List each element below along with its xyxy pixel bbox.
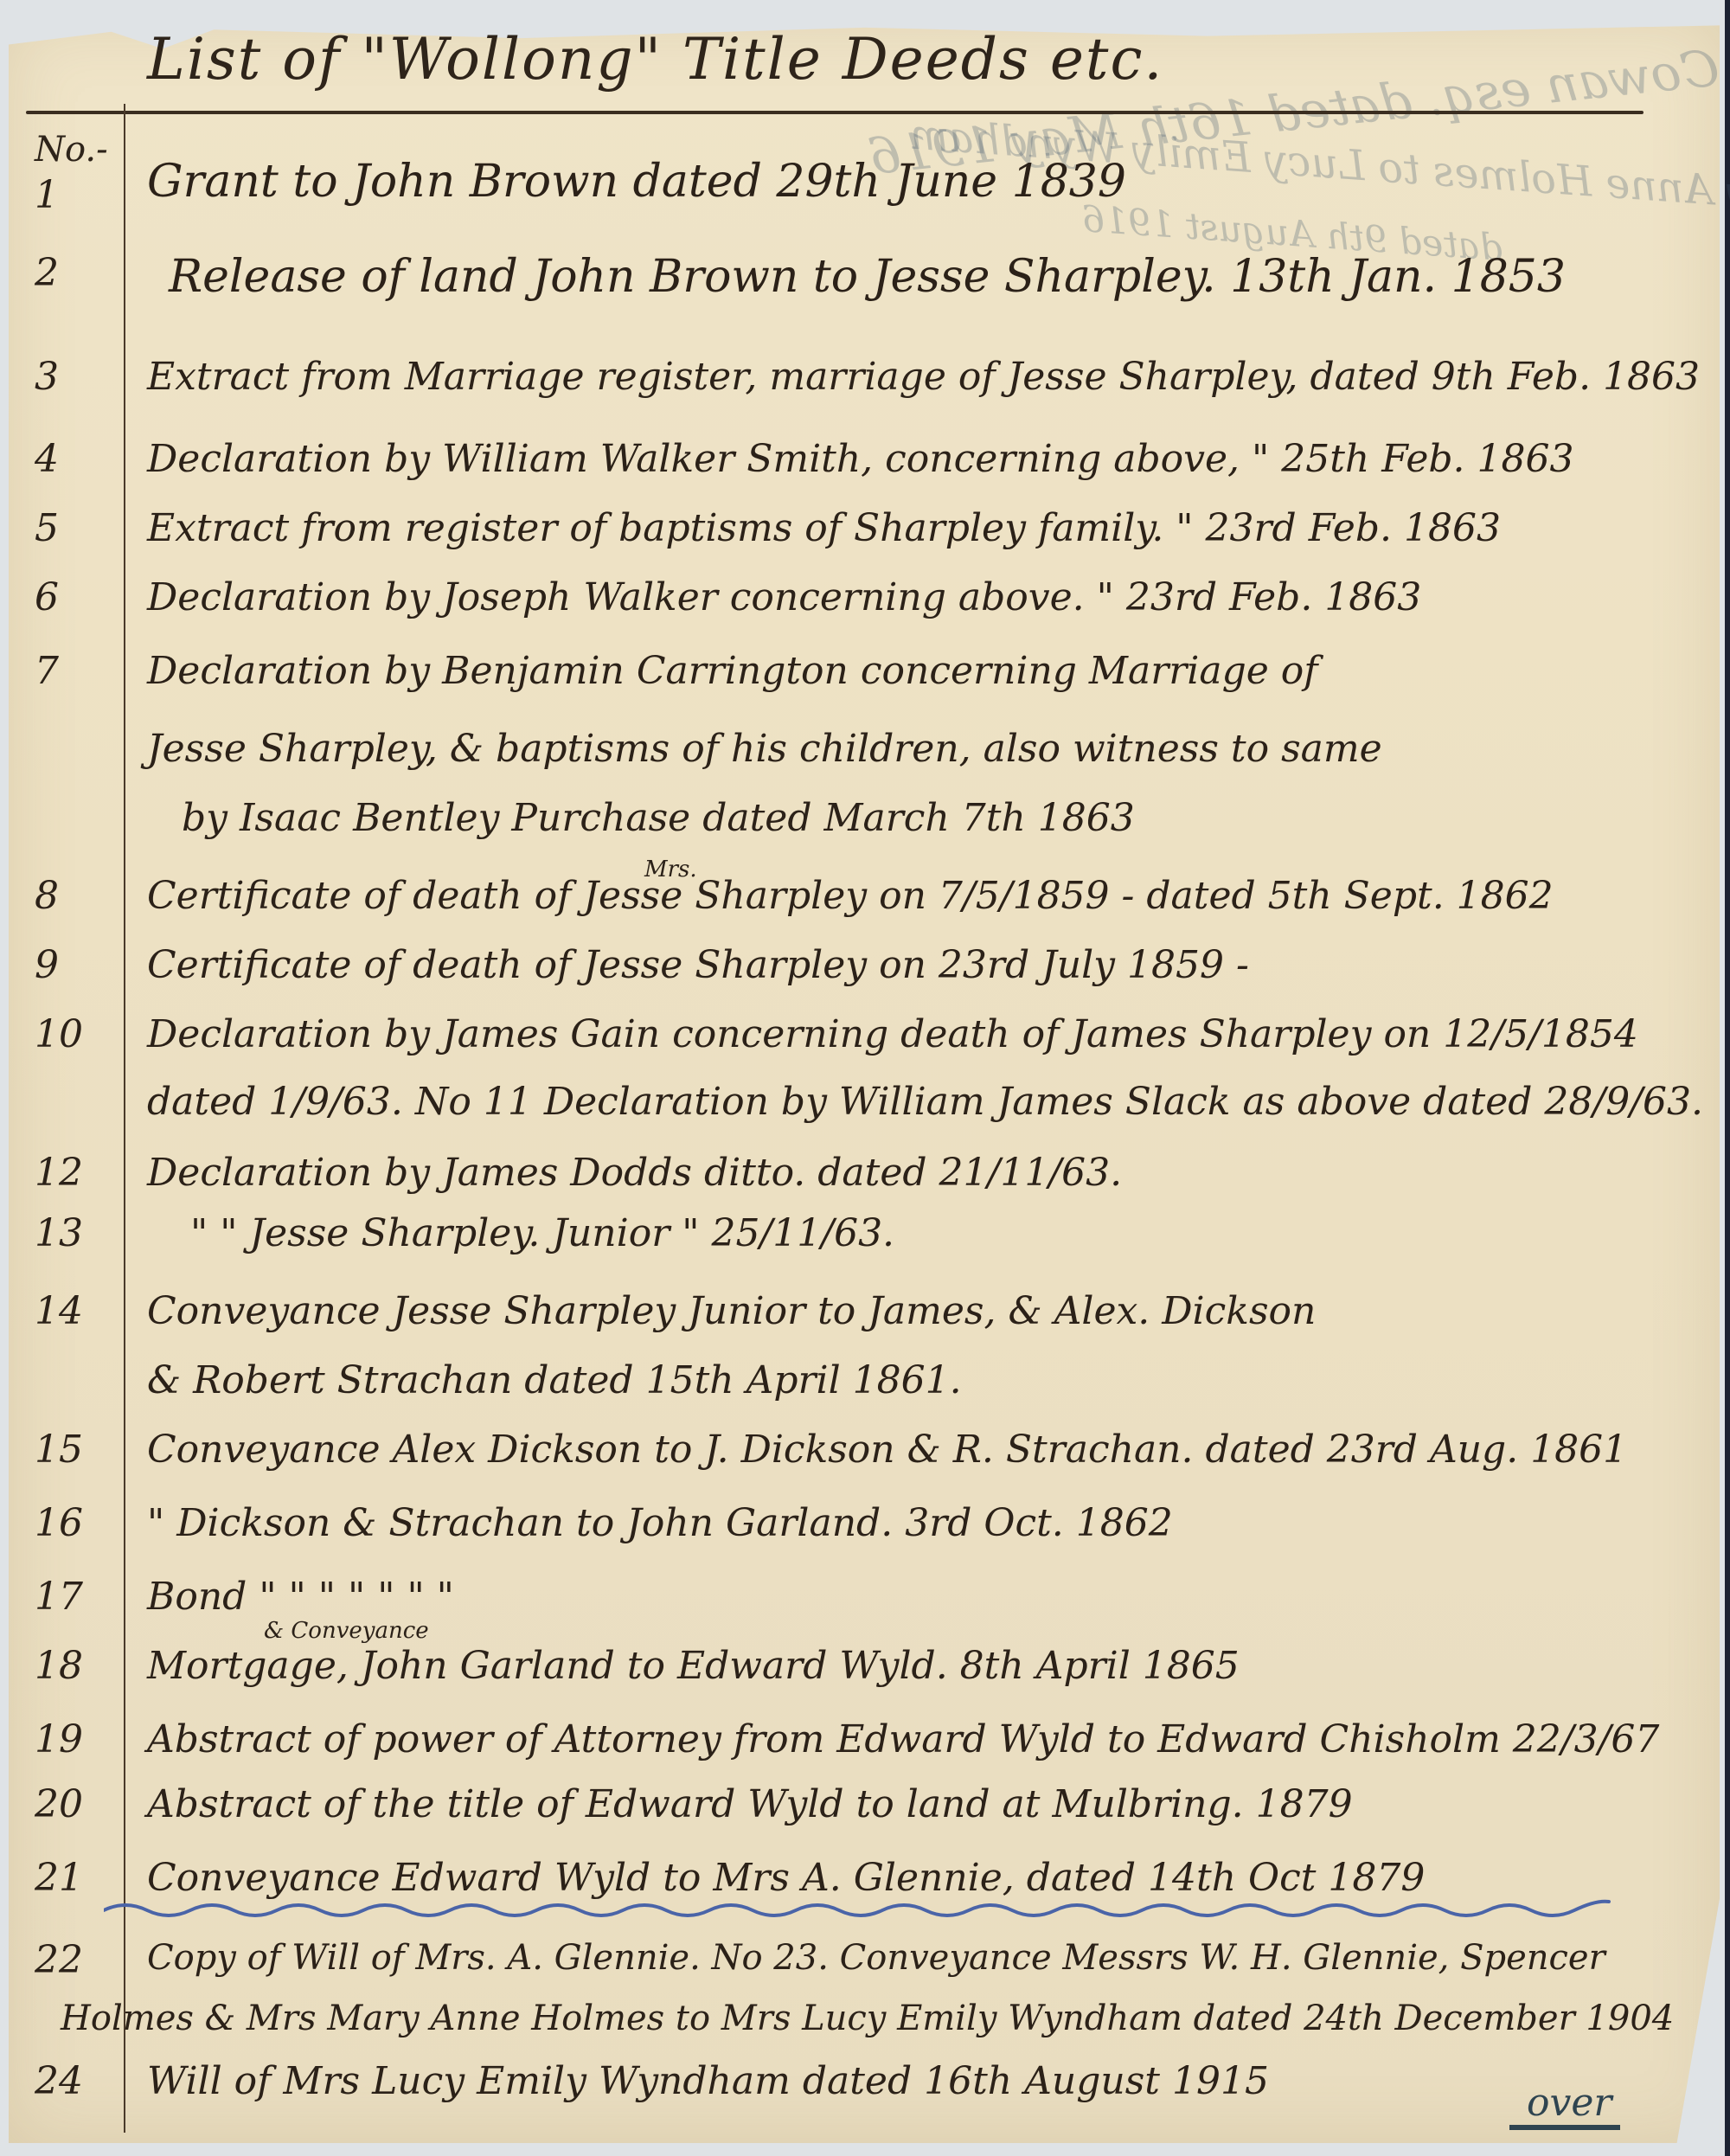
entry-number: 18 [35, 1644, 112, 1688]
entry-number: 24 [35, 2059, 112, 2103]
entry-text: Declaration by Joseph Walker concerning … [147, 575, 1421, 619]
entry-number: 7 [35, 649, 112, 693]
over-note: over [1509, 2081, 1620, 2130]
entry-text: Will of Mrs Lucy Emily Wyndham dated 16t… [147, 2059, 1269, 2103]
entry-text: Abstract of the title of Edward Wyld to … [147, 1782, 1353, 1826]
entry-text: Grant to John Brown dated 29th June 1839 [147, 156, 1126, 208]
entry-number: 20 [35, 1782, 112, 1826]
entry-number: 17 [35, 1575, 112, 1619]
entry-text: " Dickson & Strachan to John Garland. 3r… [147, 1501, 1173, 1545]
entry-text: Bond " " " " " " " [147, 1575, 454, 1619]
entry-number: 12 [35, 1151, 112, 1195]
entry-text: & Robert Strachan dated 15th April 1861. [147, 1358, 962, 1402]
entry-number: 21 [35, 1856, 112, 1900]
entry-number: 15 [35, 1428, 112, 1472]
header-rule [26, 111, 1643, 114]
insertion-mark: & Conveyance [264, 1618, 429, 1644]
number-column-label: No.- [35, 130, 108, 170]
entry-text: Abstract of power of Attorney from Edwar… [147, 1717, 1659, 1761]
entry-number: 3 [35, 355, 112, 399]
entry-number: 13 [35, 1211, 112, 1255]
entry-text: dated 1/9/63. No 11 Declaration by Willi… [147, 1080, 1703, 1124]
entry-text: Conveyance Alex Dickson to J. Dickson & … [147, 1428, 1627, 1472]
scan-edge [1725, 0, 1730, 2156]
entry-text: Declaration by William Walker Smith, con… [147, 437, 1573, 481]
entry-number: 19 [35, 1717, 112, 1761]
entry-text: Declaration by Benjamin Carrington conce… [147, 649, 1318, 693]
entry-number: 9 [35, 943, 112, 987]
entry-number: 4 [35, 437, 112, 481]
entry-number: 5 [35, 506, 112, 550]
entry-text: " " Jesse Sharpley. Junior " 25/11/63. [190, 1211, 894, 1255]
entry-text: Conveyance Jesse Sharpley Junior to Jame… [147, 1289, 1316, 1333]
entry-text: Jesse Sharpley, & baptisms of his childr… [147, 727, 1382, 771]
entry-text: Release of land John Brown to Jesse Shar… [169, 251, 1566, 303]
entry-number: 22 [35, 1938, 112, 1982]
document-title: List of "Wollong" Title Deeds etc. [147, 26, 1163, 93]
entry-text: Extract from Marriage register, marriage… [147, 355, 1700, 399]
entry-text: Declaration by James Gain concerning dea… [147, 1012, 1638, 1056]
entry-number: 14 [35, 1289, 112, 1333]
entry-number: 16 [35, 1501, 112, 1545]
entry-number: 2 [35, 251, 112, 295]
entry-text: Extract from register of baptisms of Sha… [147, 506, 1501, 550]
entry-number: 10 [35, 1012, 112, 1056]
entry-number: 1 [35, 173, 112, 217]
entry-text: Certificate of death of Jesse Sharpley o… [147, 943, 1249, 987]
entry-text: by Isaac Bentley Purchase dated March 7t… [182, 796, 1135, 840]
entry-text: Mortgage, John Garland to Edward Wyld. 8… [147, 1644, 1240, 1688]
blue-wavy-underline [104, 1893, 1626, 1928]
entry-text: Holmes & Mrs Mary Anne Holmes to Mrs Luc… [61, 1999, 1674, 2038]
entry-text: Declaration by James Dodds ditto. dated … [147, 1151, 1122, 1195]
entry-number: 6 [35, 575, 112, 619]
entry-number: 8 [35, 874, 112, 918]
entry-text: Copy of Will of Mrs. A. Glennie. No 23. … [147, 1938, 1605, 1978]
entry-text: Certificate of death of Jesse Sharpley o… [147, 874, 1554, 918]
margin-rule [124, 104, 125, 2133]
